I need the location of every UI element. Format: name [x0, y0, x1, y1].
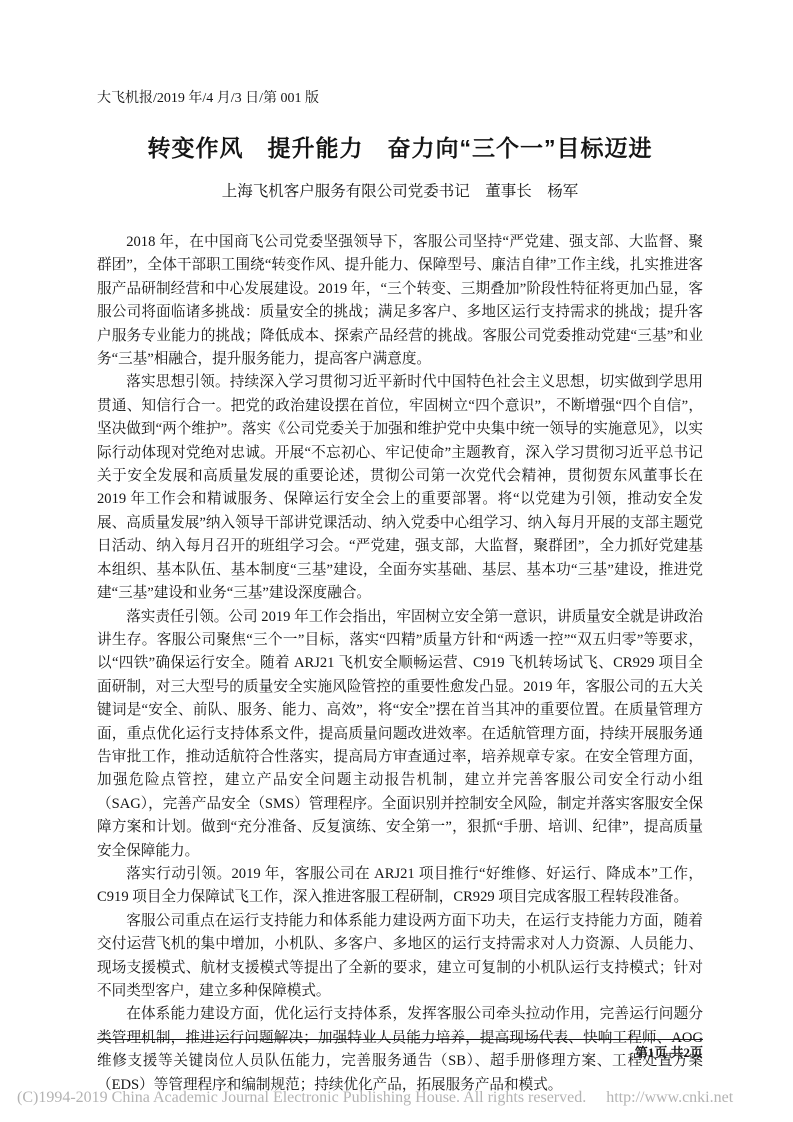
- article-paragraph: 客服公司重点在运行支持能力和体系能力建设两方面下功夫，在运行支持能力方面，随着交…: [97, 910, 703, 1004]
- article-paragraph: 落实责任引领。公司 2019 年工作会指出，牢固树立安全第一意识，讲质量安全就是…: [97, 606, 703, 863]
- document-page: { "article": { "header": "大飞机报/2019 年/4 …: [0, 0, 793, 1122]
- publication-header: 大飞机报/2019 年/4 月/3 日/第 001 版: [97, 90, 703, 108]
- article-title: 转变作风 提升能力 奋力向“三个一”目标迈进: [97, 133, 703, 163]
- article-paragraph: 落实思想引领。持续深入学习贯彻习近平新时代中国特色社会主义思想，切实做到学思用贯…: [97, 371, 703, 605]
- article-body: 2018 年，在中国商飞公司党委坚强领导下，客服公司坚持“严党建、强支部、大监督…: [97, 231, 703, 1097]
- article-paragraph: 2018 年，在中国商飞公司党委坚强领导下，客服公司坚持“严党建、强支部、大监督…: [97, 231, 703, 371]
- article-byline: 上海飞机客户服务有限公司党委书记 董事长 杨军: [97, 182, 703, 202]
- page-indicator: 第1页 共2页: [97, 1045, 703, 1061]
- copyright-notice: (C)1994-2019 China Academic Journal Elec…: [17, 1088, 783, 1108]
- article-content: 大飞机报/2019 年/4 月/3 日/第 001 版 转变作风 提升能力 奋力…: [97, 0, 703, 1097]
- page-footer-rule: 第1页 共2页: [97, 1039, 703, 1061]
- article-paragraph: 落实行动引领。2019 年，客服公司在 ARJ21 项目推行“好维修、好运行、降…: [97, 863, 703, 910]
